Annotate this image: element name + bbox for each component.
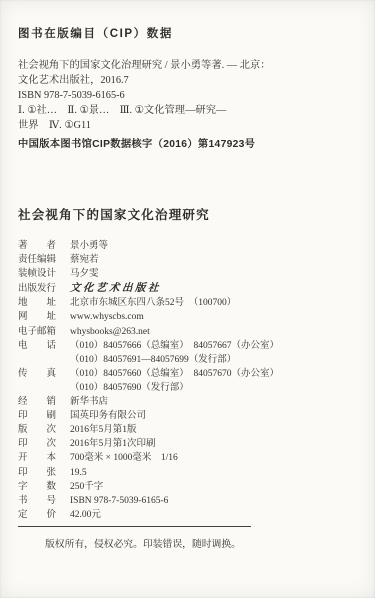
row-value: www.whyscbs.com xyxy=(70,310,144,324)
row-value: （010）84057660（总编室） 84057670（办公室） xyxy=(70,367,279,381)
colophon-row: 传 真（010）84057660（总编室） 84057670（办公室） xyxy=(18,367,365,381)
row-value: 19.5 xyxy=(70,466,87,480)
row-label: 字 数 xyxy=(18,480,60,494)
cip-heading: 图书在版编目（CIP）数据 xyxy=(18,25,173,41)
row-label: 网 址 xyxy=(18,310,60,324)
publisher-logotype: 文化艺术出版社 xyxy=(70,281,162,295)
row-label: 电子邮箱 xyxy=(18,325,60,339)
row-label: 装帧设计 xyxy=(18,267,60,281)
row-label: 传 真 xyxy=(18,367,60,381)
row-label: 定 价 xyxy=(18,508,60,522)
row-value: 250千字 xyxy=(70,480,103,494)
cip-line: ISBN 978-7-5039-6165-6 xyxy=(18,88,271,103)
row-value: 蔡宛若 xyxy=(70,253,99,267)
colophon-row: 书 号ISBN 978-7-5039-6165-6 xyxy=(18,494,365,508)
cip-line: 文化艺术出版社，2016.7 xyxy=(18,73,271,88)
row-label: 印 次 xyxy=(18,437,60,451)
row-label: 印 刷 xyxy=(18,409,60,423)
colophon-row: 电 话（010）84057666（总编室） 84057667（办公室） xyxy=(18,339,365,353)
book-title: 社会视角下的国家文化治理研究 xyxy=(18,205,210,223)
row-value: 北京市东城区东四八条52号 （100700） xyxy=(70,296,236,310)
row-label: 著 者 xyxy=(18,239,60,253)
colophon-row: 网 址www.whyscbs.com xyxy=(18,310,365,324)
row-value: whysbooks@263.net xyxy=(70,325,150,339)
row-value: 新华书店 xyxy=(70,395,108,409)
colophon-row: 电子邮箱whysbooks@263.net xyxy=(18,325,365,339)
colophon-row: 著 者景小勇等 xyxy=(18,239,365,253)
row-value: ISBN 978-7-5039-6165-6 xyxy=(70,494,168,508)
book-copyright-page: 图书在版编目（CIP）数据 社会视角下的国家文化治理研究 / 景小勇等著. — … xyxy=(0,0,375,598)
cip-registration-number: 中国版本图书馆CIP数据核字（2016）第147923号 xyxy=(18,135,255,150)
row-value: （010）84057691—84057699（发行部） xyxy=(70,353,236,367)
row-value: 42.00元 xyxy=(70,508,101,522)
colophon-row: 印 次2016年5月第1次印刷 xyxy=(18,437,365,451)
colophon-row: 装帧设计马夕雯 xyxy=(18,267,365,281)
row-label: 版 次 xyxy=(18,423,60,437)
copyright-notice: 版权所有，侵权必究。印装错误，随时调换。 xyxy=(45,536,241,550)
colophon-rows: 著 者景小勇等责任编辑蔡宛若装帧设计马夕雯出版发行文化艺术出版社地 址北京市东城… xyxy=(18,239,365,522)
row-label: 地 址 xyxy=(18,296,60,310)
colophon-row: 责任编辑蔡宛若 xyxy=(18,253,365,267)
colophon-row: 印 张19.5 xyxy=(18,466,365,480)
row-value: 2016年5月第1次印刷 xyxy=(70,437,156,451)
divider-rule xyxy=(18,526,251,527)
colophon-row: 字 数250千字 xyxy=(18,480,365,494)
colophon-row: 经 销新华书店 xyxy=(18,395,365,409)
row-label: 书 号 xyxy=(18,494,60,508)
cip-record: 社会视角下的国家文化治理研究 / 景小勇等著. — 北京：文化艺术出版社，201… xyxy=(18,58,271,103)
row-label: 电 话 xyxy=(18,339,60,353)
row-value: 马夕雯 xyxy=(70,267,99,281)
cip-classification: Ⅰ. ①社… Ⅱ. ①景… Ⅲ. ①文化管理—研究—世界 Ⅳ. ①G11 xyxy=(18,103,226,133)
row-label: 印 张 xyxy=(18,466,60,480)
row-label: 责任编辑 xyxy=(18,253,60,267)
row-value: 景小勇等 xyxy=(70,239,108,253)
row-label: 经 销 xyxy=(18,395,60,409)
colophon-row: 定 价42.00元 xyxy=(18,508,365,522)
colophon-row: 开 本700毫米 × 1000毫米 1/16 xyxy=(18,451,365,465)
row-value: 国英印务有限公司 xyxy=(70,409,146,423)
row-label: 开 本 xyxy=(18,451,60,465)
colophon-row: 印 刷国英印务有限公司 xyxy=(18,409,365,423)
colophon-row: 版 次2016年5月第1版 xyxy=(18,423,365,437)
row-value: 700毫米 × 1000毫米 1/16 xyxy=(70,451,178,465)
colophon-row: （010）84057691—84057699（发行部） xyxy=(18,353,365,367)
class-line: Ⅰ. ①社… Ⅱ. ①景… Ⅲ. ①文化管理—研究— xyxy=(18,103,226,118)
row-label: 出版发行 xyxy=(18,282,60,296)
class-line: 世界 Ⅳ. ①G11 xyxy=(18,118,226,133)
colophon-row: 地 址北京市东城区东四八条52号 （100700） xyxy=(18,296,365,310)
row-value: 2016年5月第1版 xyxy=(70,423,137,437)
row-value: （010）84057666（总编室） 84057667（办公室） xyxy=(70,339,279,353)
colophon-row: （010）84057690（发行部） xyxy=(18,381,365,395)
row-value: （010）84057690（发行部） xyxy=(70,381,189,395)
colophon-row: 出版发行文化艺术出版社 xyxy=(18,281,365,296)
cip-line: 社会视角下的国家文化治理研究 / 景小勇等著. — 北京： xyxy=(18,58,271,73)
